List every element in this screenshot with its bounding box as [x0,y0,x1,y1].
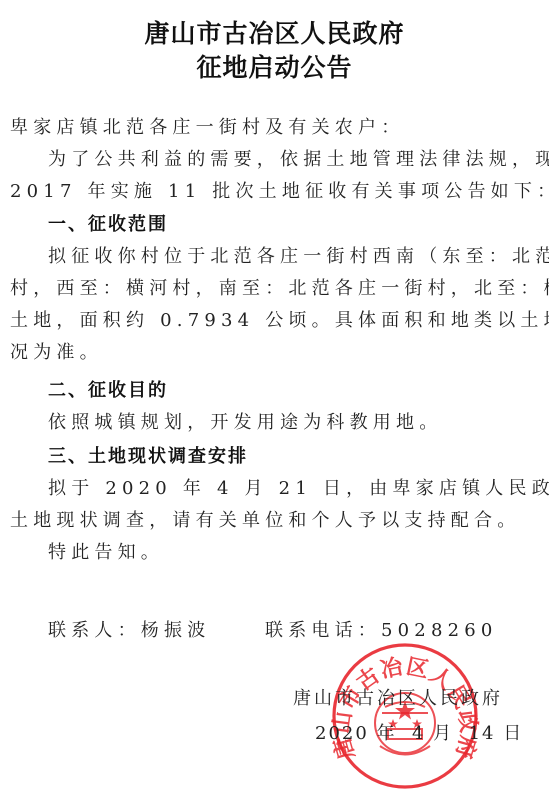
section-survey-line-2: 土地现状调查，请有关单位和个人予以支持配合。 [10,509,540,533]
document-title-issuer: 唐山市古冶区人民政府 [0,14,549,50]
section-scope-line-4: 况为准。 [10,341,540,365]
official-seal-icon: 唐山市古冶区人民政府 [330,641,480,791]
signing-organization: 唐山市古冶区人民政府 [293,687,503,711]
salutation: 卑家店镇北范各庄一街村及有关农户： [10,116,540,140]
closing-remark: 特此告知。 [48,541,540,565]
intro-paragraph-line-1: 为了公共利益的需要，依据土地管理法律法规，现将唐山市 [48,148,540,172]
section-survey-line-1: 拟于 2020 年 4 月 21 日，由卑家店镇人民政府，赴你村开展 [48,477,540,501]
section-scope-line-1: 拟征收你村位于北范各庄一街村西南（东至：北范各庄一街 [48,245,540,269]
signing-date: 2020 年 4 月 14 日 [315,722,523,746]
contact-info: 联系人：杨振波 联系电话：5028260 [48,619,540,643]
section-heading-purpose: 二、征收目的 [48,379,540,403]
section-heading-survey: 三、土地现状调查安排 [48,445,540,469]
section-scope-line-3: 土地，面积约 0.7934 公顷。具体面积和地类以土地现状调查情 [10,309,540,333]
section-scope-line-2: 村，西至：横河村，南至：北范各庄一街村，北至：横河村）的 [10,277,540,301]
section-heading-scope: 一、征收范围 [48,213,540,237]
intro-paragraph-line-2: 2017 年实施 11 批次土地征收有关事项公告如下： [10,180,540,204]
document-title-subject: 征地启动公告 [0,48,549,84]
section-purpose-line-1: 依照城镇规划，开发用途为科教用地。 [48,411,540,435]
